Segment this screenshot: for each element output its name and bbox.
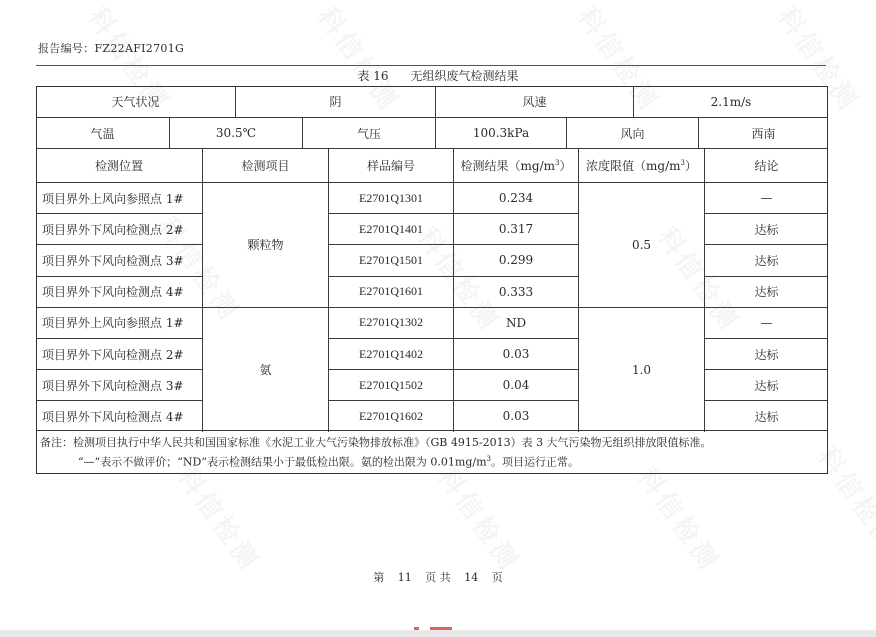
location-cell: 项目界外下风向检测点 2#: [36, 213, 202, 244]
wind-dir-value-cell: 西南: [698, 117, 828, 148]
sample-id-cell-text: E2701Q1501: [359, 253, 423, 268]
conclusion-cell-text: 达标: [754, 377, 778, 394]
result-cell: 0.234: [453, 182, 578, 213]
wind-speed-label: 风速: [522, 93, 546, 110]
column-header: 检测项目: [202, 148, 328, 182]
sample-id-cell-text: E2701Q1301: [359, 191, 423, 206]
column-header-text: 检测项目: [241, 157, 289, 174]
note-line-1: 备注：检测项目执行中华人民共和国国家标准《水泥工业大气污染物排放标准》（GB 4…: [40, 436, 712, 449]
weather-label-cell: 天气状况: [36, 86, 235, 117]
limit-cell: 0.5: [578, 182, 704, 307]
conclusion-cell: 达标: [704, 369, 828, 400]
result-cell-text: 0.299: [499, 253, 533, 267]
item-cell-text: 颗粒物: [247, 236, 283, 253]
note-line-2: “—”表示不做评价；“ND”表示检测结果小于最低检出限。氨的检出限为 0.01m…: [40, 451, 828, 471]
conclusion-cell: 达标: [704, 244, 828, 275]
conclusion-cell: 达标: [704, 338, 828, 369]
weather-label: 天气状况: [111, 93, 159, 110]
result-cell: 0.333: [453, 276, 578, 307]
limit-cell-text: 0.5: [632, 238, 651, 252]
item-cell: 颗粒物: [202, 182, 328, 307]
limit-cell-text: 1.0: [632, 363, 651, 377]
result-cell: 0.317: [453, 213, 578, 244]
location-cell-text: 项目界外下风向检测点 4#: [42, 283, 184, 300]
conclusion-cell-text: 达标: [754, 346, 778, 363]
result-cell-text: ND: [506, 316, 526, 330]
pressure-value-cell: 100.3kPa: [435, 117, 566, 148]
location-cell: 项目界外下风向检测点 3#: [36, 369, 202, 400]
column-header: 浓度限值（mg/m3）: [578, 148, 704, 182]
conclusion-cell-text: —: [761, 316, 773, 330]
pressure-label-cell: 气压: [302, 117, 435, 148]
result-cell-text: 0.333: [499, 285, 533, 299]
location-cell-text: 项目界外下风向检测点 3#: [42, 252, 184, 269]
location-cell: 项目界外下风向检测点 4#: [36, 276, 202, 307]
conclusion-cell: 达标: [704, 400, 828, 431]
results-table: 天气状况 阴 风速 2.1m/s 气温 30.5℃ 气压 100.3kPa 风向…: [0, 0, 876, 637]
column-header: 结论: [704, 148, 828, 182]
sample-id-cell-text: E2701Q1502: [359, 378, 423, 393]
conclusion-cell-text: 达标: [754, 252, 778, 269]
sample-id-cell: E2701Q1402: [328, 338, 453, 369]
conclusion-cell: —: [704, 182, 828, 213]
page-suffix: 页: [492, 571, 503, 584]
page-footer: 第 11 页 共 14 页: [0, 569, 876, 585]
conclusion-cell-text: 达标: [754, 283, 778, 300]
limit-cell: 1.0: [578, 307, 704, 432]
location-cell-text: 项目界外下风向检测点 2#: [42, 346, 184, 363]
column-header-text: 结论: [754, 157, 778, 174]
location-cell-text: 项目界外下风向检测点 4#: [42, 408, 184, 425]
result-cell-text: 0.03: [503, 409, 530, 423]
result-cell: 0.03: [453, 338, 578, 369]
column-header-text: 检测位置: [95, 157, 143, 174]
sample-id-cell: E2701Q1302: [328, 307, 453, 338]
conclusion-cell: 达标: [704, 213, 828, 244]
result-cell-text: 0.04: [503, 378, 530, 392]
sample-id-cell: E2701Q1401: [328, 213, 453, 244]
temp-label: 气温: [90, 125, 114, 142]
result-cell-text: 0.03: [503, 347, 530, 361]
location-cell: 项目界外下风向检测点 4#: [36, 400, 202, 431]
item-cell: 氨: [202, 307, 328, 432]
temp-value-cell: 30.5℃: [169, 117, 302, 148]
temp-value: 30.5℃: [216, 126, 256, 140]
wind-speed-label-cell: 风速: [435, 86, 633, 117]
result-cell-text: 0.317: [499, 222, 533, 236]
wind-dir-label: 风向: [620, 125, 644, 142]
location-cell-text: 项目界外下风向检测点 3#: [42, 377, 184, 394]
bottom-scrollbar-edge: [0, 630, 876, 637]
weather-value-cell: 阴: [235, 86, 435, 117]
column-header-text: 检测结果（mg/m3）: [461, 157, 572, 174]
column-header: 样品编号: [328, 148, 453, 182]
result-cell: 0.299: [453, 244, 578, 275]
location-cell: 项目界外上风向参照点 1#: [36, 182, 202, 213]
sample-id-cell: E2701Q1501: [328, 244, 453, 275]
location-cell-text: 项目界外下风向检测点 2#: [42, 221, 184, 238]
sample-id-cell: E2701Q1502: [328, 369, 453, 400]
result-cell: 0.03: [453, 400, 578, 431]
column-header: 检测结果（mg/m3）: [453, 148, 578, 182]
wind-dir-value: 西南: [751, 125, 775, 142]
location-cell: 项目界外下风向检测点 3#: [36, 244, 202, 275]
page-total: 14: [464, 571, 478, 584]
location-cell: 项目界外下风向检测点 2#: [36, 338, 202, 369]
conclusion-cell-text: 达标: [754, 221, 778, 238]
wind-dir-label-cell: 风向: [566, 117, 698, 148]
column-header-text: 浓度限值（mg/m3）: [586, 157, 697, 174]
location-cell: 项目界外上风向参照点 1#: [36, 307, 202, 338]
page-prefix: 第: [373, 571, 384, 584]
page-mid: 页 共: [425, 571, 451, 584]
pressure-label: 气压: [357, 125, 381, 142]
column-header-text: 样品编号: [367, 157, 415, 174]
location-cell-text: 项目界外上风向参照点 1#: [42, 190, 184, 207]
sample-id-cell-text: E2701Q1602: [359, 409, 423, 424]
wind-speed-value-cell: 2.1m/s: [633, 86, 828, 117]
conclusion-cell-text: —: [761, 191, 773, 205]
pressure-value: 100.3kPa: [473, 126, 529, 140]
sample-id-cell-text: E2701Q1601: [359, 284, 423, 299]
page-current: 11: [398, 571, 412, 584]
weather-value: 阴: [329, 93, 341, 110]
location-cell-text: 项目界外上风向参照点 1#: [42, 314, 184, 331]
sample-id-cell: E2701Q1301: [328, 182, 453, 213]
result-cell: 0.04: [453, 369, 578, 400]
sample-id-cell-text: E2701Q1402: [359, 347, 423, 362]
conclusion-cell: 达标: [704, 276, 828, 307]
result-cell: ND: [453, 307, 578, 338]
sample-id-cell: E2701Q1601: [328, 276, 453, 307]
wind-speed-value: 2.1m/s: [711, 95, 752, 109]
column-header: 检测位置: [36, 148, 202, 182]
conclusion-cell-text: 达标: [754, 408, 778, 425]
sample-id-cell-text: E2701Q1401: [359, 222, 423, 237]
temp-label-cell: 气温: [36, 117, 169, 148]
table-note: 备注：检测项目执行中华人民共和国国家标准《水泥工业大气污染物排放标准》（GB 4…: [36, 430, 828, 474]
sample-id-cell-text: E2701Q1302: [359, 315, 423, 330]
item-cell-text: 氨: [259, 361, 271, 378]
result-cell-text: 0.234: [499, 191, 533, 205]
sample-id-cell: E2701Q1602: [328, 400, 453, 431]
conclusion-cell: —: [704, 307, 828, 338]
